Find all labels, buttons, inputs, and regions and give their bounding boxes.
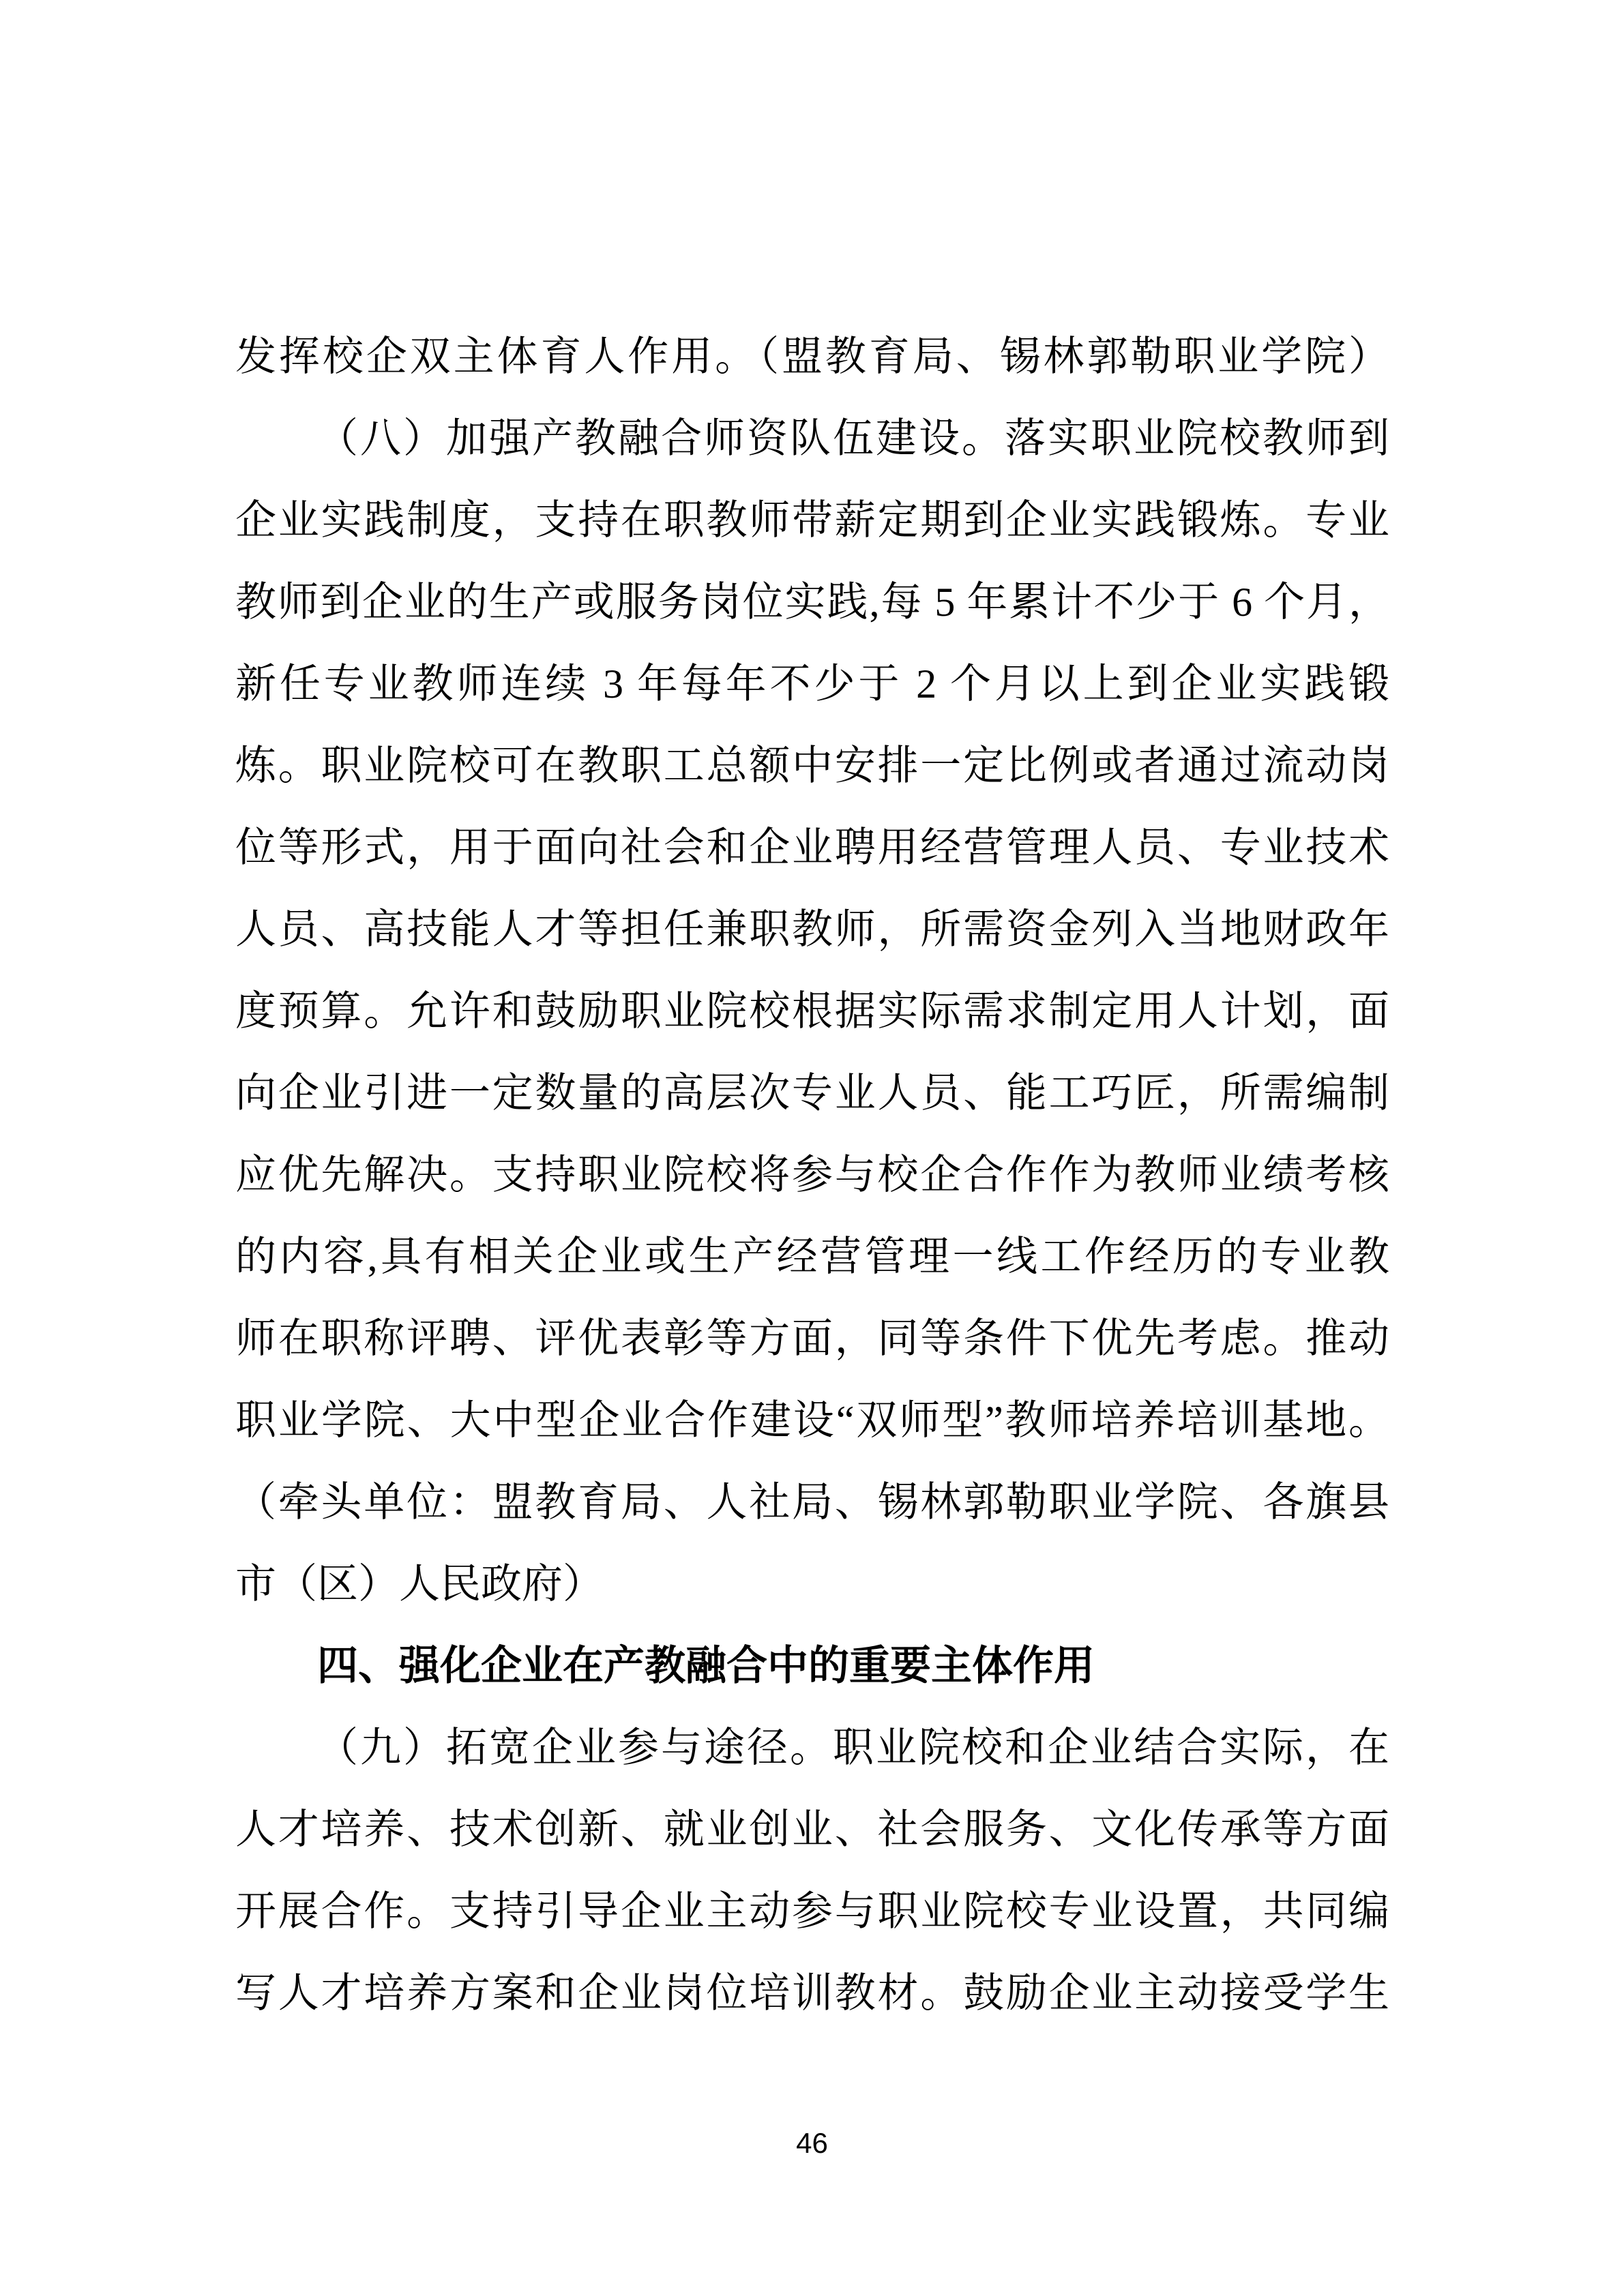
text-line: 企业实践制度，支持在职教师带薪定期到企业实践锻炼。专业	[235, 479, 1389, 561]
text-line: 职业学院、大中型企业合作建设“双师型”教师培养培训基地。	[235, 1380, 1389, 1461]
text-line: 位等形式，用于面向社会和企业聘用经营管理人员、专业技术	[235, 807, 1389, 889]
text-line: 教师到企业的生产或服务岗位实践,每 5 年累计不少于 6 个月，	[235, 561, 1389, 643]
text-line: 写人才培养方案和企业岗位培训教材。鼓励企业主动接受学生	[235, 1952, 1389, 2034]
text-line: 度预算。允许和鼓励职业院校根据实际需求制定用人计划，面	[235, 970, 1389, 1052]
text-line: 新任专业教师连续 3 年每年不少于 2 个月以上到企业实践锻	[235, 643, 1389, 725]
text-line: 应优先解决。支持职业院校将参与校企合作作为教师业绩考核	[235, 1134, 1389, 1216]
text-line: 人员、高技能人才等担任兼职教师，所需资金列入当地财政年	[235, 889, 1389, 970]
text-line: 炼。职业院校可在教职工总额中安排一定比例或者通过流动岗	[235, 725, 1389, 807]
text-line: （九）拓宽企业参与途径。职业院校和企业结合实际，在	[235, 1707, 1389, 1789]
text-line: （八）加强产教融合师资队伍建设。落实职业院校教师到	[235, 398, 1389, 479]
text-line: 开展合作。支持引导企业主动参与职业院校专业设置，共同编	[235, 1870, 1389, 1952]
text-line: 向企业引进一定数量的高层次专业人员、能工巧匠，所需编制	[235, 1052, 1389, 1134]
text-line: 的内容,具有相关企业或生产经营管理一线工作经历的专业教	[235, 1216, 1389, 1298]
document-text-block: 发挥校企双主体育人作用。（盟教育局、锡林郭勒职业学院）（八）加强产教融合师资队伍…	[235, 316, 1389, 2034]
text-line: （牵头单位：盟教育局、人社局、锡林郭勒职业学院、各旗县	[235, 1461, 1389, 1543]
page-number: 46	[0, 2124, 1624, 2162]
text-line: 师在职称评聘、评优表彰等方面，同等条件下优先考虑。推动	[235, 1298, 1389, 1380]
text-line: 市（区）人民政府）	[235, 1543, 1389, 1625]
document-page: 发挥校企双主体育人作用。（盟教育局、锡林郭勒职业学院）（八）加强产教融合师资队伍…	[0, 0, 1624, 2296]
text-line: 发挥校企双主体育人作用。（盟教育局、锡林郭勒职业学院）	[235, 316, 1389, 398]
text-line: 人才培养、技术创新、就业创业、社会服务、文化传承等方面	[235, 1789, 1389, 1870]
section-heading: 四、强化企业在产教融合中的重要主体作用	[235, 1625, 1389, 1707]
